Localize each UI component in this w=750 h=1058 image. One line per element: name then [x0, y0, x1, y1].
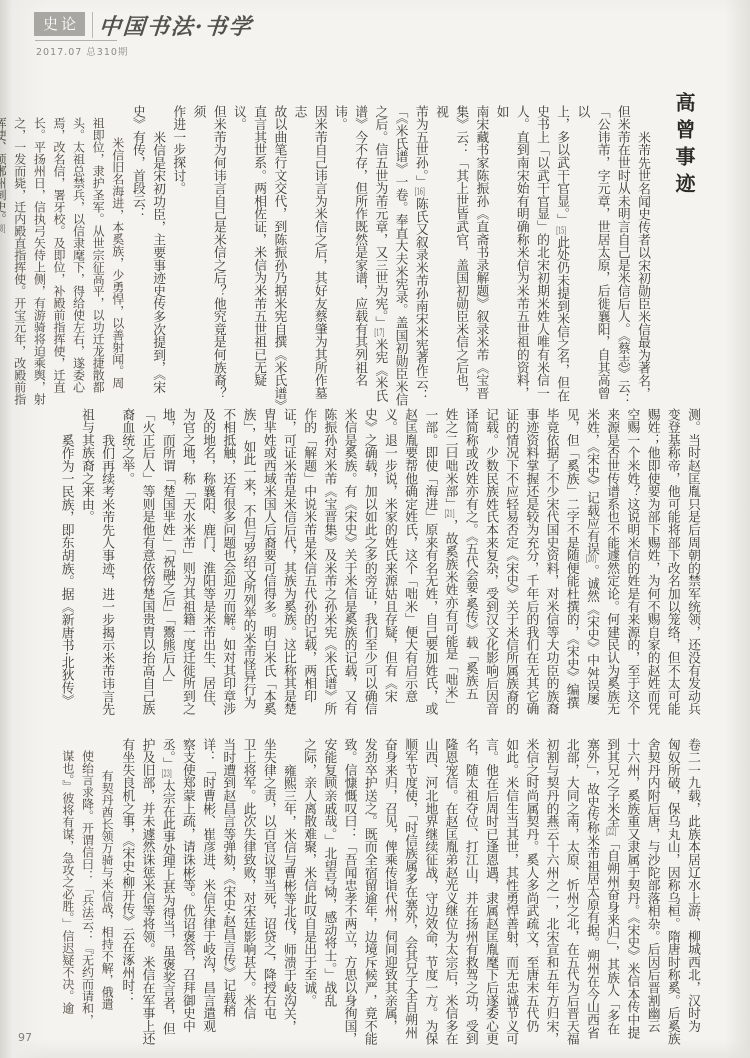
text-column: 挥使、领郴州刺史。[18] [0, 82, 9, 412]
page-number: 97 [18, 1031, 32, 1044]
text-column: 族」，如此一来，不但与罗绍文所列举的米芾怪异行为 [237, 408, 257, 740]
text-column: 米信是宋初功臣，主要事迹史传多次提到，《宋 [147, 82, 167, 412]
text-column: 名，随太祖夺位、打江山，并在扬州有救驾之功，受到 [460, 738, 480, 1058]
text-column: 记载。少数民族姓氏本来复杂，受到汉文化影响后因音 [480, 408, 500, 740]
text-column: 米芾先世名闻史传者以宋初勋臣米信最为著名， [632, 82, 652, 412]
footnote-marker: [15] [556, 227, 566, 236]
text-column: 「公讳芾，字元章，世居太原，后徙襄阳，自其高曾以 [571, 82, 611, 412]
text-column: 塞外」，故史传称米芾祖居太原有据。朔州在今山西省 [581, 738, 601, 1058]
text-column: 上，多以武干官显。」[15]此处仍未提到米信之名，但在 [551, 82, 571, 412]
text-band2: 测。当时赵匡胤只是后周朝的禁军统领，还没有发动兵变登基称帝，他可能将部下改名加以… [52, 408, 702, 740]
text-column: 米信之时尚属契丹。奚人多尚武疏文，至唐末五代仍 [520, 738, 540, 1058]
text-column: 芾为五世孙。」[16]陈氏又叙录米芾孙南宋米宪著作云： [410, 82, 430, 412]
text-column: 头。太祖总禁兵，以信隶麾下，得给使左右，遂委心 [68, 82, 88, 412]
text-column: 「火正后人」等则是他有意依傍楚国贵胄以抬高自己族 [136, 408, 156, 740]
text-column: 史》之确载，加以如此之多的旁证，我们至少可以确信 [359, 408, 379, 740]
text-column: 史书上「以武干官显」的北宋初期米姓人唯有米信一 [531, 82, 551, 412]
text-column: 我们再续考米芾先人事迹，进一步揭示米芾讳言先 [96, 408, 116, 740]
text-column: 测。当时赵匡胤只是后周朝的禁军统领，还没有发动兵 [682, 408, 702, 740]
text-column: 当时遭到赵昌言等弹劾，《宋史·赵昌言传》记载稍 [217, 738, 237, 1058]
text-column: 隆恩宠信。在赵匡胤弟赵光义继位为太宗后，米信多在 [439, 738, 459, 1058]
text-column: 匈奴所破，保乌丸山，因称乌桓。隋唐时称奚。后奚族 [662, 738, 682, 1058]
section-label: 史论 [43, 15, 79, 33]
text-column: 及的地名，称襄阳、鹿门、淮阳等是米芾出生、居住、 [197, 408, 217, 740]
section-title: 高曾事迹 [666, 82, 702, 412]
issue-info: 2017.07 总310期 [36, 44, 128, 58]
text-column: 史》有传，首段云： [127, 82, 147, 412]
journal-logo: 中国书法·书学 [98, 10, 254, 41]
scanned-journal-page: 史论中国书法·书学 2017.07 总310期 高曾事迹 米芾先世名闻史传者以宋… [0, 0, 750, 1058]
text-column: 山西、河北地界继续征战，守边效命，节度一方。为保 [419, 738, 439, 1058]
text-column: 奋身来归，召见，俾乘传诣代州，伺间迎致其亲属， [379, 738, 399, 1058]
text-column: 卷二一九载，此族本居辽水上游、柳城西北，汉时为 [682, 738, 702, 1058]
text-column: 使绐言求降。开谓信曰：「兵法云：『无约而请和， [77, 738, 97, 1058]
text-column: 一部。即使「海进」原来有名无姓，自己要加姓氏，或 [419, 408, 439, 740]
text-column: 初割与契丹的燕云十六州之一，北宋宣和五年方归宋， [540, 738, 560, 1058]
text-column: 谱》今不存，但所作既然是家谱，应载有其列祖名讳。 [329, 82, 369, 412]
text-column: 奚作为一民族，即东胡族。据《新唐书·北狄传》 [56, 408, 76, 740]
footnote-marker: [22] [606, 828, 616, 837]
text-column: 米信是奚族。有《宋史》关于米信是奚族的记载，又有 [338, 408, 358, 740]
text-column: 之后。信五世为芾元章，又三世为宪。」[17]米宪《米氏 [369, 82, 389, 412]
text-column: 祖即位，隶护圣军。从世宗征高平，以功迁龙捷散都 [88, 82, 108, 412]
text-column: 之际，亲人离散难聚，米信此叹自是出于至诚。 [298, 738, 318, 1058]
text-column: 坐失律之责，以百官议罪当死，诏贷之，降授右屯 [258, 738, 278, 1058]
text-column: 义。退一步说，米家的姓氏来源姑且存疑，但有《宋 [379, 408, 399, 740]
text-column: 雍熙三年，米信与曹彬等北伐，师溃于岐沟关， [278, 738, 298, 1058]
text-column: 长。平扬州日，信执弓矢侍上侧，有游骑将迫乘舆，射 [29, 82, 49, 412]
text-column: 「《米氏谱》一卷。奉直大夫米宪录。盖国初勋臣米信 [389, 82, 409, 412]
text-column: 有契丹酋长领万骑与米信战，相持不解，俄遣 [97, 738, 117, 1058]
text-column: 有坐失良机之事，《宋史·柳开传》云在涿州时： [116, 738, 136, 1058]
text-column: 地，而所谓「楚国芈姓」「祝融之后」「鬻熊后人」 [157, 408, 177, 740]
text-column: 致。信慷慨叹曰：「吾闻忠孝不两立，方思以身徇国， [338, 738, 358, 1058]
text-column: 发劲卒护送之。既而全宿留逾年，边境斥候严，竟不能 [359, 738, 379, 1058]
journal-header: 史论中国书法·书学 2017.07 总310期 [34, 12, 253, 64]
text-column: 舍契丹内附后唐，与沙陀部落相杂。后因后晋割幽云 [641, 738, 661, 1058]
text-column: 事迹资料掌握还是较为充分，千年后的我们在无其它确 [520, 408, 540, 740]
footnote-marker: [21] [445, 510, 455, 519]
text-column: 不相抵触，还有很多问题也会迎刃而解。如对其印章涉 [217, 408, 237, 740]
footnote-marker: [16] [415, 188, 425, 197]
text-column: 谋也。』彼将有谋，急攻之必胜。」信迟疑不决。逾 [57, 738, 77, 1058]
footnote-marker: [18] [0, 225, 5, 234]
text-column: 胄芈姓或西域米国人后裔要可信得多。明白米氏「本奚 [258, 408, 278, 740]
text-column: 见，但「奚族」二字不是随便能杜撰的，《宋史》编撰 [561, 408, 581, 740]
footnote-marker: [20] [586, 555, 596, 564]
text-column: 直言其世系。两相佐证，米信为米芾五世祖已无疑议。 [228, 82, 268, 412]
text-column: 作的「解题」中说米芾是米信五代孙的记载，两相印 [298, 408, 318, 740]
text-column: 译简称或改姓亦有之。《五代会要·奚传》载「奚族五 [460, 408, 480, 740]
text-column: 为官之地，称「天水米芾」则为其祖籍一度迁徙所到之 [177, 408, 197, 740]
text-column: 焉，改名信，署牙校。及即位，补殿前指挥使，迁直 [48, 82, 68, 412]
text-column: 姓之二曰咄米部」[21]，故奚族米姓亦有可能是「咄米」 [439, 408, 459, 740]
text-column: 安能复顾亲戚哉。」北望号恸，感动将士。」战乱 [318, 738, 338, 1058]
text-column: 作进一步探讨。 [167, 82, 187, 412]
text-column: 祖与其族裔之来由。 [76, 408, 96, 740]
text-column: 裔血统之举。 [116, 408, 136, 740]
text-column: 顺军节度使，「时信族属多在塞外，会其兄子全自朔州 [399, 738, 419, 1058]
text-column: 变登基称帝，他可能将部下改名加以笼络，但不太可能 [662, 408, 682, 740]
text-column: 人。直到南宋始有明确称米信为米芾五世祖的资料，如 [490, 82, 530, 412]
text-column: 赐姓；他即使要为部下赐姓，为何不赐自家的赵姓而凭 [641, 408, 661, 740]
text-column: 卫上将军。此次失律致败，对宋廷影响甚大。米信 [237, 738, 257, 1058]
text-column: 护及旧部，并未遽然诛惩米信等将领。米信在军事上还 [136, 738, 156, 1058]
issue-rule [35, 40, 117, 41]
text-column: 丞。」[23]太宗在此事处理上甚为得当，虽褒奖言者，但 [157, 738, 177, 1058]
text-column: 察支使郑蒙上疏，请诛彬等。优诏褒答，召拜御史中 [177, 738, 197, 1058]
text-column: 故以曲笔行文交代，到陈振孙乃据米宪自撰《米氏谱》 [268, 82, 288, 412]
text-column: 赵匡胤要帮他确定姓氏，这个「咄米」便大有启示意 [399, 408, 419, 740]
text-column: 米姓，《宋史》记载应有误[20]。诚然《宋史》中舛误屡 [581, 408, 601, 740]
section-label-box: 史论 [34, 12, 85, 36]
text-column: 证，可证米芾是米信后代，其族为奚族。这比称其是楚 [278, 408, 298, 740]
text-column: 集》云：「其上世皆武官，盖国初勋臣米信之后也，视 [430, 82, 470, 412]
text-column: 陈振孙对米芾《宝晋集》及米芾之孙米宪《米氏谱》所 [318, 408, 338, 740]
footnote-marker: [23] [162, 770, 172, 779]
text-column: 因米芾自己讳言为米信之后，其好友蔡肇为其所作墓志 [288, 82, 328, 412]
text-column: 言。他在后周时已逢恩遇，隶属赵匡胤麾下后遂委心更 [480, 738, 500, 1058]
text-column: 北部，大同之南，太原、忻州之北，在五代为后晋天福 [561, 738, 581, 1058]
text-column: 但米芾为何讳言自己是米信之后？他究竟是何族裔？须 [187, 82, 227, 412]
text-column: 之，一发而毙，迁内殿直指挥使。开宝元年，改殿前指 [9, 82, 29, 412]
text-column: 来源是否世传谱系也不能遽然定论。何建民认为奚族无 [601, 408, 621, 740]
text-column: 南宋藏书家陈振孙《直斋书录解题》叙录米芾《宝晋 [470, 82, 490, 412]
text-band3: 卷二一九载，此族本居辽水上游、柳城西北，汉时为匈奴所破，保乌丸山，因称乌桓。隋唐… [52, 738, 702, 1058]
text-column: 毕竟依据了不少宋代国史资料，对米信等大功臣的族裔 [540, 408, 560, 740]
text-band1: 高曾事迹 米芾先世名闻史传者以宋初勋臣米信最为著名，但米芾在世时从未明言自己是米… [52, 82, 702, 412]
text-column: 如此。米信生当其世，其性勇悍善射，而无忠诚节义可 [500, 738, 520, 1058]
text-column: 十六州，奚族重又隶属于契丹。《宋史》米信本传中提 [621, 738, 641, 1058]
text-column: 米信旧名海进，本奚族，少勇悍，以善射闻。周 [107, 82, 127, 412]
header-divider [92, 12, 93, 38]
text-column: 到其兄之子米全[22]「自朔州奋身来归」，其族人「多在 [601, 738, 621, 1058]
text-column: 证的情况下不应轻易否定《宋史》关于米信所属族裔的 [500, 408, 520, 740]
text-column: 详：「时曹彬、崔彦进、米信失律于岐沟，昌言遣观 [197, 738, 217, 1058]
footnote-marker: [17] [374, 329, 384, 338]
text-column: 但米芾在世时从未明言自己是米信后人。《蔡志》云： [612, 82, 632, 412]
text-column: 空赐一个米姓？这说明米信的姓是有来源的，至于这个 [621, 408, 641, 740]
